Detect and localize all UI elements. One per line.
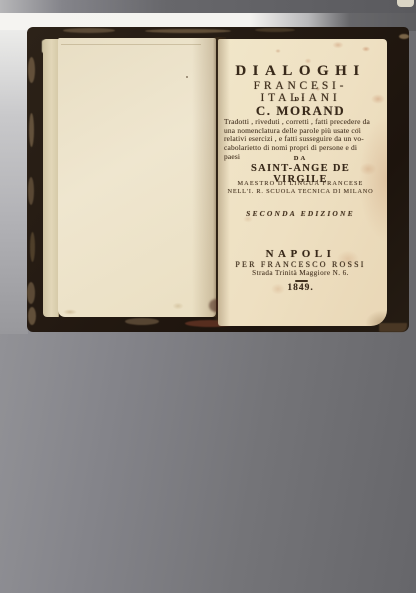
imprint-city: NAPOLI xyxy=(222,248,379,260)
book: DIALOGHI FRANCESI-ITALIANI DI C. MORAND … xyxy=(27,27,409,332)
page-speck xyxy=(186,76,188,78)
imprint-year: 1849. xyxy=(222,283,379,293)
cover-wear-mark xyxy=(30,232,35,262)
cover-wear-mark xyxy=(145,29,231,33)
scan-corner-speck xyxy=(397,0,414,7)
cover-wear-mark xyxy=(28,177,34,205)
scanner-bed-left-margin xyxy=(0,30,28,334)
under-page-edge-line xyxy=(61,44,201,45)
cover-wear-mark xyxy=(27,282,35,304)
cover-wear-mark xyxy=(63,28,115,33)
translator-role-line1: MAESTRO DI LINGUA FRANCESE xyxy=(222,180,379,187)
cover-wear-mark xyxy=(28,57,35,83)
scanned-book-photo: DIALOGHI FRANCESI-ITALIANI DI C. MORAND … xyxy=(0,0,416,593)
cover-corner-wear xyxy=(379,323,407,332)
imprint-publisher: PER FRANCESCO ROSSI xyxy=(222,260,379,269)
book-title-line1: DIALOGHI xyxy=(222,63,379,80)
title-page: DIALOGHI FRANCESI-ITALIANI DI C. MORAND … xyxy=(218,39,387,326)
blank-left-page xyxy=(58,38,216,317)
cover-wear-mark xyxy=(125,318,159,325)
scan-artifact-band xyxy=(0,0,416,13)
da-label: DA xyxy=(222,155,379,162)
page-block-fore-edge xyxy=(43,39,59,317)
imprint-address: Strada Trinità Maggiore N. 6. xyxy=(222,269,379,277)
edition-statement: SECONDA EDIZIONE xyxy=(222,209,379,218)
cover-wear-mark xyxy=(28,307,36,325)
translator-role-line2: NELL'I. R. SCUOLA TECNICA DI MILANO xyxy=(222,188,379,195)
di-label: DI xyxy=(222,96,379,103)
imprint-rule xyxy=(295,280,308,282)
cover-wear-mark xyxy=(29,113,34,147)
cover-wear-mark xyxy=(255,28,295,32)
cover-wear-mark xyxy=(399,34,409,39)
